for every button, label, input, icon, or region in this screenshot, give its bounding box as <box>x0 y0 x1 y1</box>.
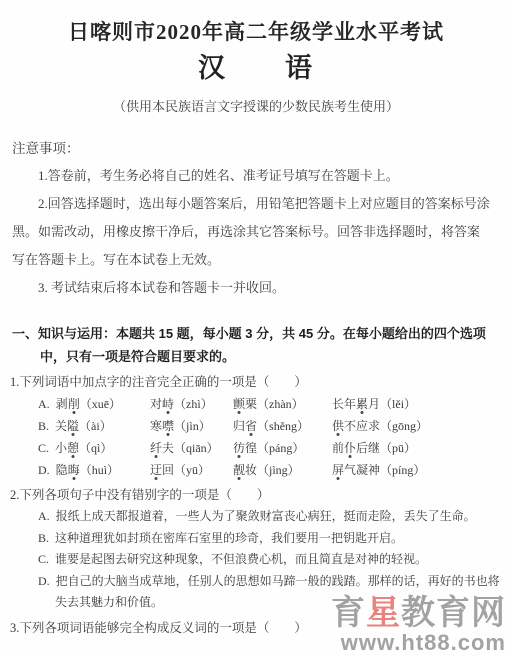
emphasized-char: 削 <box>68 397 80 411</box>
q2-option: B. 这种道理犹如封琐在密库石室里的珍奇，我们要用一把钥匙开启。 <box>38 528 504 550</box>
section-heading-line: 一、知识与运用：本题共 15 题，每小题 3 分，共 45 分。在每小题给出的四… <box>12 322 504 345</box>
option-label: C. <box>38 552 52 566</box>
q1-option-item: 前仆后继（pū） <box>332 437 504 459</box>
notice-line: 写在答题卡上。写在本试卷上无效。 <box>12 246 504 274</box>
q2-option: D. 把自己的大脑当成草地，任别人的思想如马蹄一般的践踏。那样的话，再好的书也将… <box>38 571 504 614</box>
emphasized-char: 累 <box>356 397 368 411</box>
emphasized-char: 仆 <box>344 441 356 455</box>
q1-option-row: A. 剥削（xuē）对峙（zhì）颤栗（zhàn）长年累月（lěi） <box>38 393 504 415</box>
emphasized-char: 供 <box>332 419 344 433</box>
q2-option: C. 谁要是起图去研究这种现象，不但浪费心机，而且简直是对神的轻视。 <box>38 549 504 571</box>
emphasized-char: 屏 <box>332 463 344 477</box>
option-label: A. <box>38 509 53 523</box>
q1-option-item: 屏气凝神（píng） <box>332 459 504 481</box>
section-one-heading: 一、知识与运用：本题共 15 题，每小题 3 分，共 45 分。在每小题给出的四… <box>12 322 504 368</box>
question-2-stem: 2.下列各项句子中没有错别字的一项是（ ） <box>10 484 504 506</box>
emphasized-char: 憩 <box>67 441 79 455</box>
notice-heading: 注意事项： <box>12 138 512 160</box>
emphasized-char: 靓 <box>233 463 245 477</box>
emphasized-char: 晦 <box>68 463 80 477</box>
q1-option-item: 迂回（yū） <box>150 459 233 481</box>
q1-option-item: 颤栗（zhàn） <box>233 393 332 415</box>
notice-line: 1.答卷前，考生务必将自己的姓名、准考证号填写在答题卡上。 <box>12 162 504 190</box>
question-1-stem: 1.下列词语中加点字的注音完全正确的一项是（ ） <box>10 371 504 393</box>
option-label: D. <box>38 574 53 588</box>
exam-paper-page: 育星教育网 www.ht88.com 日喀则市2020年高二年级学业水平考试 汉… <box>0 0 512 657</box>
q1-option-item: 寒噤（jìn） <box>150 415 233 437</box>
exam-subject: 汉 语 <box>0 51 512 85</box>
section-heading-line: 中，只有一项是符合题目要求的。 <box>12 345 504 368</box>
question-1: 1.下列词语中加点字的注音完全正确的一项是（ ） A. 剥削（xuē）对峙（zh… <box>10 371 504 481</box>
notice-line: 2.回答选择题时，选出每小题答案后，用铅笔把答题卡上对应题目的答案标号涂 <box>12 190 504 218</box>
q1-option-item: 供不应求（gōng） <box>332 415 504 437</box>
q1-option-item: 对峙（zhì） <box>150 393 233 415</box>
q1-option-item: 靓妆（jìng） <box>233 459 332 481</box>
question-1-options: A. 剥削（xuē）对峙（zhì）颤栗（zhàn）长年累月（lěi）B. 关隘（… <box>38 393 504 481</box>
option-label: B. <box>38 419 52 433</box>
q2-option: A. 报纸上成天都报道着，一些人为了聚敛财富丧心病狂，挺而走险，丢失了生命。 <box>38 506 504 528</box>
q1-option-item: 纤夫（qiān） <box>150 437 233 459</box>
q1-option-item: A. 剥削（xuē） <box>38 393 150 415</box>
emphasized-char: 彷 <box>233 441 245 455</box>
option-label: A. <box>38 397 53 411</box>
question-3: 3.下列各项词语能够完全构成反义词的一项是（ ） <box>10 617 504 639</box>
q1-option-row: B. 关隘（ài）寒噤（jìn）归省（shěng）供不应求（gōng） <box>38 415 504 437</box>
notice-list: 1.答卷前，考生务必将自己的姓名、准考证号填写在答题卡上。2.回答选择题时，选出… <box>12 162 504 302</box>
q1-option-item: C. 小憩（qì） <box>38 437 150 459</box>
emphasized-char: 迂 <box>150 463 162 477</box>
notice-line: 黑。如需改动，用橡皮擦干净后，再选涂其它答案标号。回答非选择题时，将答案 <box>12 218 504 246</box>
emphasized-char: 噤 <box>162 419 174 433</box>
q1-option-item: 彷徨（páng） <box>233 437 332 459</box>
emphasized-char: 峙 <box>162 397 174 411</box>
option-label: C. <box>38 441 52 455</box>
q1-option-row: D. 隐晦（huì）迂回（yū）靓妆（jìng）屏气凝神（píng） <box>38 459 504 481</box>
option-label: D. <box>38 463 53 477</box>
q1-option-item: 归省（shěng） <box>233 415 332 437</box>
exam-title: 日喀则市2020年高二年级学业水平考试 <box>10 18 502 46</box>
emphasized-char: 颤 <box>233 397 245 411</box>
q1-option-item: B. 关隘（ài） <box>38 415 150 437</box>
option-label: B. <box>38 531 52 545</box>
audience-note: （供用本民族语言文字授课的少数民族考生使用） <box>0 97 512 117</box>
question-2: 2.下列各项句子中没有错别字的一项是（ ） A. 报纸上成天都报道着，一些人为了… <box>10 484 504 614</box>
question-3-stem: 3.下列各项词语能够完全构成反义词的一项是（ ） <box>10 617 504 639</box>
q1-option-item: 长年累月（lěi） <box>332 393 504 415</box>
notice-line: 3. 考试结束后将本试卷和答题卡一并收回。 <box>12 274 504 302</box>
emphasized-char: 省 <box>245 419 257 433</box>
emphasized-char: 隘 <box>67 419 79 433</box>
q1-option-item: D. 隐晦（huì） <box>38 459 150 481</box>
q1-option-row: C. 小憩（qì）纤夫（qiān）彷徨（páng）前仆后继（pū） <box>38 437 504 459</box>
emphasized-char: 纤 <box>150 441 162 455</box>
question-2-options: A. 报纸上成天都报道着，一些人为了聚敛财富丧心病狂，挺而走险，丢失了生命。B.… <box>38 506 504 614</box>
